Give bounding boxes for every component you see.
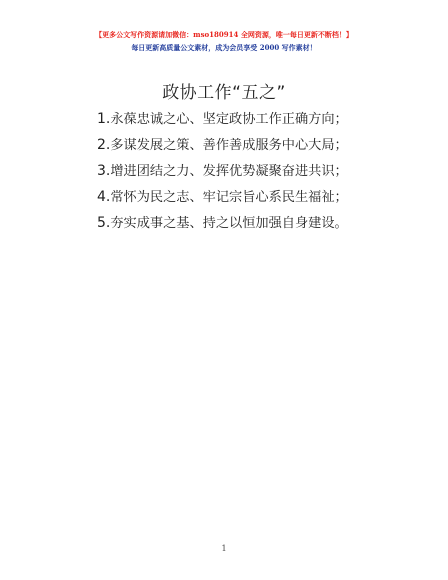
header-promo-line: 【更多公文写作资源请加微信：mso180914 全网资源，唯一每日更新不断档！】 xyxy=(0,28,448,41)
list-item: 1.永葆忠诚之心、坚定政协工作正确方向； xyxy=(97,109,357,135)
list-number: 3. xyxy=(97,163,110,179)
list-item: 5.夯实成事之基、持之以恒加强自身建设。 xyxy=(97,213,357,239)
list-text: 增进团结之力、发挥优势凝聚奋进共识； xyxy=(110,164,347,179)
list-number: 1. xyxy=(97,111,110,127)
page-number: 1 xyxy=(0,544,448,553)
header-member-line: 每日更新高质量公文素材，成为会员享受 2000 写作素材！ xyxy=(0,41,448,54)
document-title: 政协工作“五之” xyxy=(0,78,448,103)
numbered-list: 1.永葆忠诚之心、坚定政协工作正确方向； 2.多谋发展之策、善作善成服务中心大局… xyxy=(97,109,357,239)
list-text: 永葆忠诚之心、坚定政协工作正确方向； xyxy=(110,112,347,127)
list-item: 3.增进团结之力、发挥优势凝聚奋进共识； xyxy=(97,161,357,187)
list-number: 2. xyxy=(97,137,110,153)
list-text: 常怀为民之志、牢记宗旨心系民生福祉； xyxy=(110,190,347,205)
list-number: 5. xyxy=(97,215,110,231)
list-item: 2.多谋发展之策、善作善成服务中心大局； xyxy=(97,135,357,161)
watermark-header: 【更多公文写作资源请加微信：mso180914 全网资源，唯一每日更新不断档！】… xyxy=(0,28,448,54)
list-text: 夯实成事之基、持之以恒加强自身建设。 xyxy=(110,216,347,231)
list-number: 4. xyxy=(97,189,110,205)
list-item: 4.常怀为民之志、牢记宗旨心系民生福祉； xyxy=(97,187,357,213)
list-text: 多谋发展之策、善作善成服务中心大局； xyxy=(110,138,347,153)
